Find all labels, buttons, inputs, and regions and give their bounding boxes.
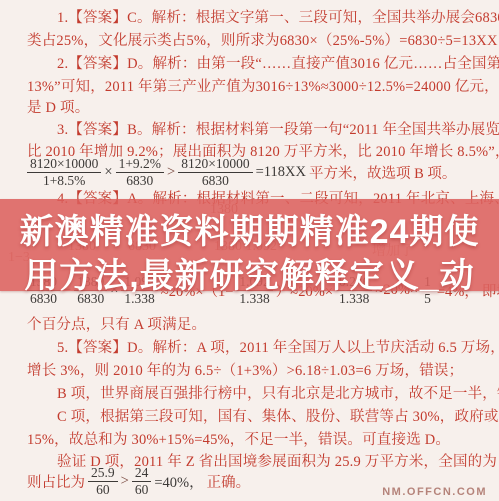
fraction-denominator: 6830 [123,173,156,189]
operator: > [121,473,129,490]
fraction-denominator: 60 [132,482,152,498]
fraction: 25.9 60 [88,465,118,497]
fraction-numerator: 25.9 [88,465,118,482]
fraction: 8120×10000 1+8.5% [27,156,101,188]
fraction: 1+9.2% 6830 [116,156,164,188]
fraction: 8120×10000 6830 [178,156,252,188]
fraction-denominator: 6830 [199,173,232,189]
fraction-numerator: 8120×10000 [178,156,252,173]
banner-text-line2: 用方法,最新研究解释定义_动 [0,248,499,297]
solution-line-9: 个百分点，只有 A 项满足。 [27,313,206,334]
fraction: 24 60 [132,465,152,497]
formula-row-q3: 8120×10000 1+8.5% × 1+9.2% 6830 > 8120×1… [27,156,456,188]
formula-tail-text: 平方米，故选项 B 项。 [309,162,456,183]
fraction-denominator: 1+8.5% [40,173,88,189]
solution-line-11: 增长 3%，则 2010 年的为 6.5÷（1+3%）>6.18÷1.03=6 … [27,359,463,380]
operator: > [167,164,175,181]
formula-lead-text: 则占比为 [27,471,85,492]
solution-line-12: B 项，世界商展百强排行榜中，只有北京是北方城市，故不足一半，错误； [57,382,499,403]
promo-banner-overlay[interactable]: 新澳精准资料期期精准24期使 用方法,最新研究解释定义_动 [0,199,499,291]
document-page: 1.【答案】C。解析：根据文字第一、三段可知，全国共举办展会6830 场，消费 … [0,0,499,501]
fraction-numerator: 24 [132,465,152,482]
banner-text-line1: 新澳精准资料期期精准24期使 [0,204,499,253]
formula-row-q5: 则占比为 25.9 60 > 24 60 =40%， 正确。 [27,466,250,496]
solution-line-2: 类占25%，文化展示类占5%，则所求为6830×（25%-5%）=6830÷5=… [27,29,499,50]
fraction-denominator: 60 [93,482,113,498]
solution-line-10: 5.【答案】D。解析：A 项，2011 年全国万人以上节庆活动 6.5 万场，比… [57,336,499,357]
solution-line-1: 1.【答案】C。解析：根据文字第一、三段可知，全国共举办展会6830 场，消费 [57,6,499,27]
solution-line-4: 13%”可知，2011 年第三产业产值为3016÷13%≈3000÷12.5%=… [27,75,499,96]
equation-result: =40%， [154,471,203,492]
solution-line-14: 15%，故总和为 30%+15%=45%，不足一半，错误。可直接选 D。 [27,428,450,449]
formula-tail-text: 正确。 [207,471,251,492]
solution-line-6: 3.【答案】B。解析：根据材料第一段第一句“2011 年全国共举办展览 6830… [57,118,499,139]
fraction-numerator: 1+9.2% [116,156,164,173]
solution-line-3: 2.【答案】D。解析：由第一段“……直接产值3016 亿元……占全国第三产业的 [57,52,499,73]
operator: × [104,164,112,181]
watermark-offcn: NM.OFFCN.COM [382,486,487,498]
solution-line-13: C 项，根据第三段可知，国有、集体、股份、联营等占 30%，政府或事业单位占 [57,405,499,426]
solution-line-5: 是 D 项。 [27,96,89,117]
fraction-numerator: 8120×10000 [27,156,101,173]
equation-result: =118XX [256,164,306,181]
